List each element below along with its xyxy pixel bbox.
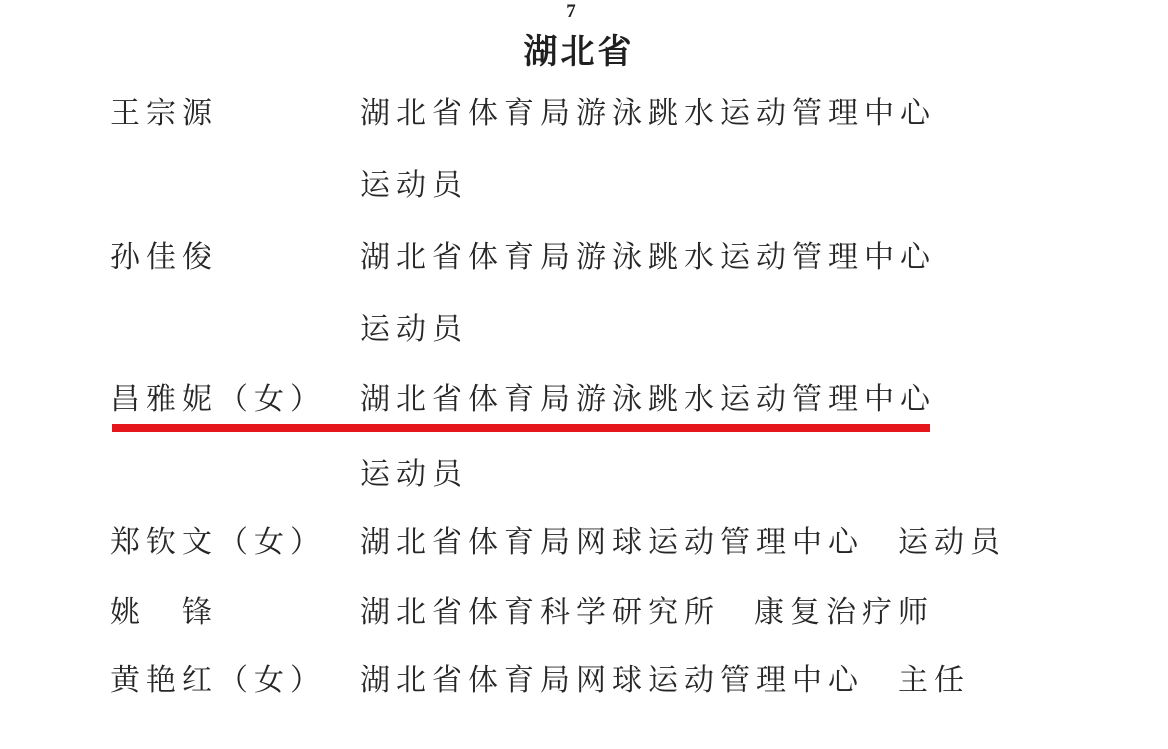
person-name: 昌雅妮（女） xyxy=(110,383,360,417)
org-name: 湖北省体育局游泳跳水运动管理中心 xyxy=(360,383,936,416)
person-name: 郑钦文（女） xyxy=(110,526,360,560)
org-name: 湖北省体育局网球运动管理中心 xyxy=(360,526,864,559)
person-name: 姚 锋 xyxy=(110,596,360,630)
highlight-underline xyxy=(112,424,930,432)
org-name: 湖北省体育局游泳跳水运动管理中心 xyxy=(360,97,936,130)
entry-row-continuation: 运动员 xyxy=(110,169,468,203)
org-name: 湖北省体育科学研究所 xyxy=(360,596,720,629)
person-name: 黄艳红（女） xyxy=(110,664,360,698)
job-title: 运动员 xyxy=(360,458,468,492)
entry-row-continuation: 运动员 xyxy=(110,458,468,492)
job-title: 主任 xyxy=(898,664,970,698)
section-heading: 湖北省 xyxy=(0,24,1158,73)
job-title: 运动员 xyxy=(898,526,1006,560)
entry-row: 郑钦文（女）湖北省体育局网球运动管理中心运动员 xyxy=(110,526,1006,560)
entry-row: 黄艳红（女）湖北省体育局网球运动管理中心主任 xyxy=(110,664,970,698)
person-name: 王宗源 xyxy=(110,97,360,131)
job-title: 运动员 xyxy=(360,169,468,203)
entry-row: 孙佳俊湖北省体育局游泳跳水运动管理中心 xyxy=(110,241,936,275)
page-number: 7 xyxy=(0,1,1142,23)
entry-row: 王宗源湖北省体育局游泳跳水运动管理中心 xyxy=(110,97,936,131)
document-page: 7 湖北省 王宗源湖北省体育局游泳跳水运动管理中心 运动员 孙佳俊湖北省体育局游… xyxy=(0,0,1168,749)
entry-row: 姚 锋湖北省体育科学研究所康复治疗师 xyxy=(110,596,934,630)
job-title: 康复治疗师 xyxy=(754,596,934,630)
org-name: 湖北省体育局网球运动管理中心 xyxy=(360,664,864,697)
entry-row-continuation: 运动员 xyxy=(110,313,468,347)
job-title: 运动员 xyxy=(360,313,468,347)
entry-row-highlighted: 昌雅妮（女）湖北省体育局游泳跳水运动管理中心 xyxy=(110,383,936,417)
person-name: 孙佳俊 xyxy=(110,241,360,275)
org-name: 湖北省体育局游泳跳水运动管理中心 xyxy=(360,241,936,274)
